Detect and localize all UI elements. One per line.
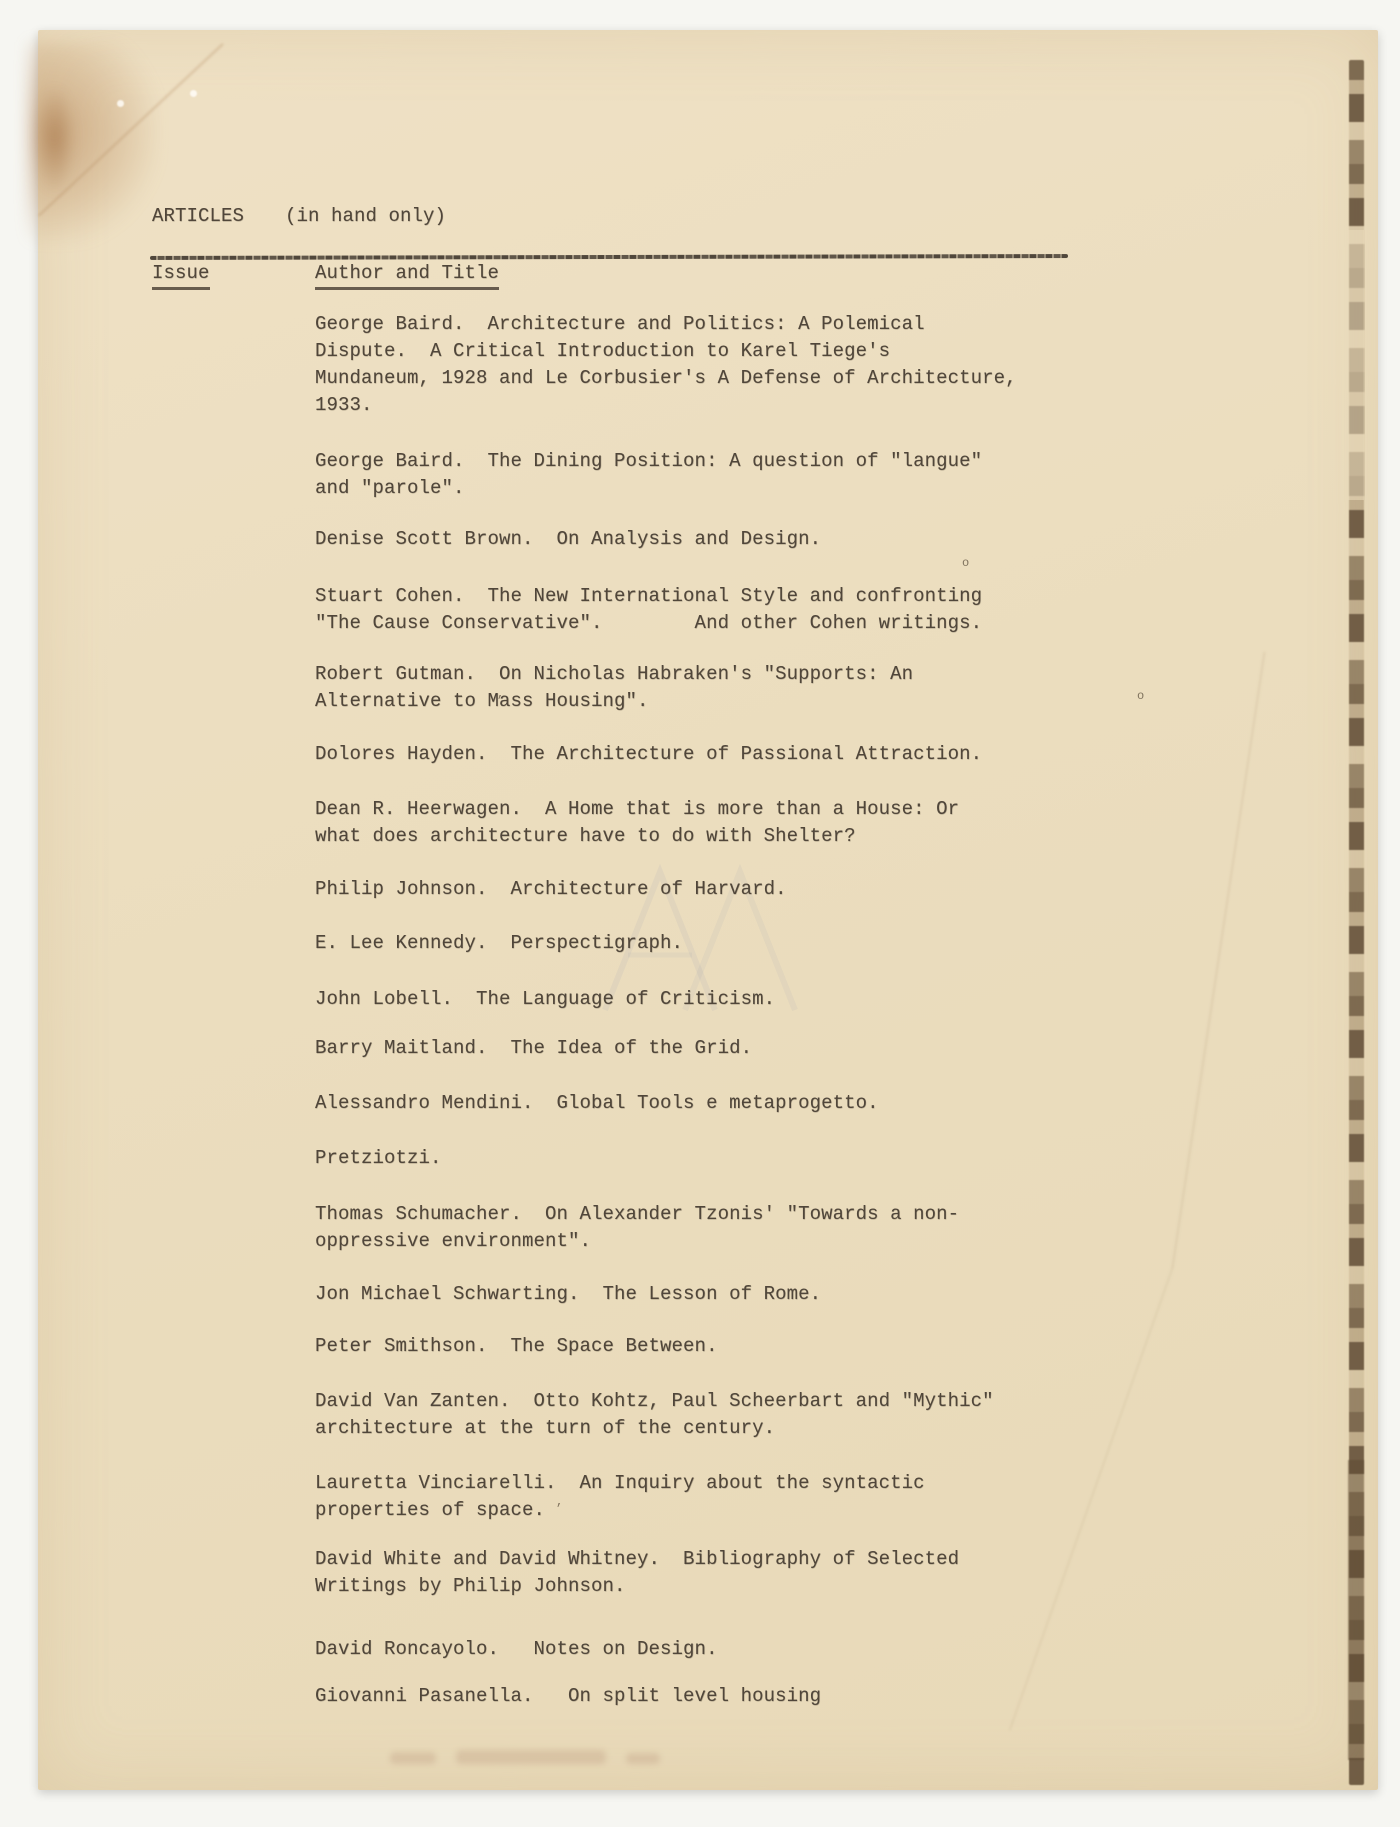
article-entry: Philip Johnson. Architecture of Harvard. bbox=[315, 876, 787, 903]
bleedthrough-smudge bbox=[456, 1750, 606, 1764]
article-entry: E. Lee Kennedy. Perspectigraph. bbox=[315, 930, 683, 957]
article-entry: John Lobell. The Language of Criticism. bbox=[315, 986, 775, 1013]
article-entry: Peter Smithson. The Space Between. bbox=[315, 1333, 718, 1360]
article-entry: Pretziotzi. bbox=[315, 1145, 442, 1172]
article-entry: Barry Maitland. The Idea of the Grid. bbox=[315, 1035, 752, 1062]
page-title-note: (in hand only) bbox=[285, 203, 446, 230]
right-crease-lower bbox=[1009, 1268, 1173, 1731]
article-entry: Alessandro Mendini. Global Tools e metap… bbox=[315, 1090, 879, 1117]
article-entry: David Roncayolo. Notes on Design. bbox=[315, 1636, 718, 1663]
scan-background: { "doc": { "title": "ARTICLES", "title_n… bbox=[0, 0, 1400, 1827]
article-entry: Dean R. Heerwagen. A Home that is more t… bbox=[315, 796, 959, 850]
stray-mark: o bbox=[1137, 690, 1144, 702]
corner-stain-core bbox=[34, 85, 76, 195]
stray-mark: , bbox=[497, 688, 504, 700]
article-entry: George Baird. The Dining Position: A que… bbox=[315, 448, 982, 502]
header-rule bbox=[150, 254, 1068, 260]
binding-edge-dark bbox=[1348, 1460, 1364, 1760]
article-entry: George Baird. Architecture and Politics:… bbox=[315, 311, 1017, 419]
article-entry: Dolores Hayden. The Architecture of Pass… bbox=[315, 741, 982, 768]
article-entry: Lauretta Vinciarelli. An Inquiry about t… bbox=[315, 1470, 925, 1524]
article-entry: Stuart Cohen. The New International Styl… bbox=[315, 583, 982, 637]
article-entry: Giovanni Pasanella. On split level housi… bbox=[315, 1683, 821, 1710]
paper-speck bbox=[190, 90, 197, 97]
article-entry: Denise Scott Brown. On Analysis and Desi… bbox=[315, 526, 821, 553]
article-entry: David White and David Whitney. Bibliogra… bbox=[315, 1546, 959, 1600]
stray-mark: o bbox=[962, 557, 969, 569]
stray-mark: , bbox=[556, 1496, 563, 1508]
right-crease bbox=[1172, 652, 1265, 1268]
article-entry: David Van Zanten. Otto Kohtz, Paul Schee… bbox=[315, 1388, 994, 1442]
column-header-author-title: Author and Title bbox=[315, 260, 499, 287]
article-entry: Robert Gutman. On Nicholas Habraken's "S… bbox=[315, 661, 913, 715]
article-entry: Jon Michael Schwarting. The Lesson of Ro… bbox=[315, 1281, 821, 1308]
binding-edge-fade bbox=[1348, 230, 1364, 500]
paper-speck bbox=[117, 100, 124, 107]
author-title-label: Author and Title bbox=[315, 262, 499, 290]
column-header-issue: Issue bbox=[152, 260, 210, 287]
issue-label: Issue bbox=[152, 262, 210, 290]
bleedthrough-smudge bbox=[390, 1752, 436, 1764]
typewritten-page: ARTICLES (in hand only) Issue Author and… bbox=[38, 30, 1378, 1790]
article-entry: Thomas Schumacher. On Alexander Tzonis' … bbox=[315, 1201, 959, 1255]
bleedthrough-smudge bbox=[626, 1753, 660, 1764]
page-title: ARTICLES bbox=[152, 203, 244, 230]
